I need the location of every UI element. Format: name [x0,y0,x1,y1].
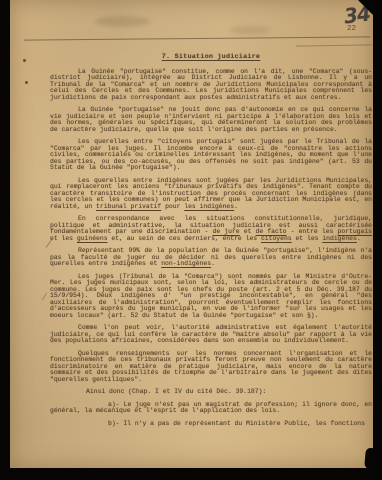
text-run: . [211,260,215,267]
text-run: Les querelles entre "citoyens portugais"… [50,138,372,171]
text-run: La Guinée "portugaise" constitue, comme … [50,68,372,101]
paragraph: La Guinée "portugaise" ne jouit donc pas… [50,107,372,133]
text-run: pour [161,203,184,210]
text-run: Ainsi donc (Chap. I et IV du cité Déc. 3… [86,388,266,395]
punch-hole [25,81,28,84]
text-run: et les [50,235,77,242]
text-run: Quelques renseignements sur les normes c… [50,350,372,383]
paragraph: Représentant 99% de la population de la … [50,248,372,268]
paragraph: Quelques renseignements sur les normes c… [50,351,372,384]
underlined-text: non-indigènes [161,260,211,267]
text-run: . [357,235,361,242]
text-run: Comme l'on peut voir, l'autorité adminis… [50,324,372,344]
torn-corner [358,0,373,15]
paragraph: b)- Il n'y a pas de représentant du Mini… [50,421,372,428]
paragraph: Les querelles entre indigènes sont jugée… [50,178,372,211]
paragraph: En correspondance avec les situations co… [50,216,372,242]
paragraph: La Guinée "portugaise" constitue, comme … [50,69,372,102]
punch-hole [23,59,26,62]
scanned-page: 34 22 7. Situation judiciaire La Guinée … [0,0,382,480]
document-body: La Guinée "portugaise" constitue, comme … [50,69,372,428]
ink-smudge [95,16,150,27]
paragraph: a)- Le juge n'est pas un magistrat de pr… [50,402,372,415]
edge-tear [364,448,377,471]
text-run: Les juges (Tribunal de la "Comarca") son… [50,273,372,319]
text-run: et les [292,235,323,242]
text-run: La Guinée "portugaise" ne jouit donc pas… [50,106,372,133]
text-run: et, au sein de ces derniers, entre les [108,235,261,242]
paragraph: Les juges (Tribunal de la "Comarca") son… [50,274,372,320]
underlined-text: citoyens [261,235,292,242]
typed-page-number: 22 [347,25,356,33]
document-content: 7. Situation judiciaire La Guinée "portu… [50,54,372,427]
paragraph: Les querelles entre "citoyens portugais"… [50,139,372,172]
underlined-text: indigènes [322,235,357,242]
paragraph: Comme l'on peut voir, l'autorité adminis… [50,325,372,345]
text-run: . [234,203,238,210]
page-title: 7. Situation judiciaire [50,54,372,61]
ink-smudge [230,26,270,34]
underlined-text: guinéens [77,235,108,242]
text-run: b)- Il n'y a pas de représentant du Mini… [108,420,365,427]
underlined-text: les indigènes [184,203,234,210]
underlined-text: tribunal privatif [96,203,161,210]
text-run: a)- Le juge n'est pas un magistrat de pr… [50,401,372,415]
paragraph: Ainsi donc (Chap. I et IV du cité Déc. 3… [50,389,372,396]
